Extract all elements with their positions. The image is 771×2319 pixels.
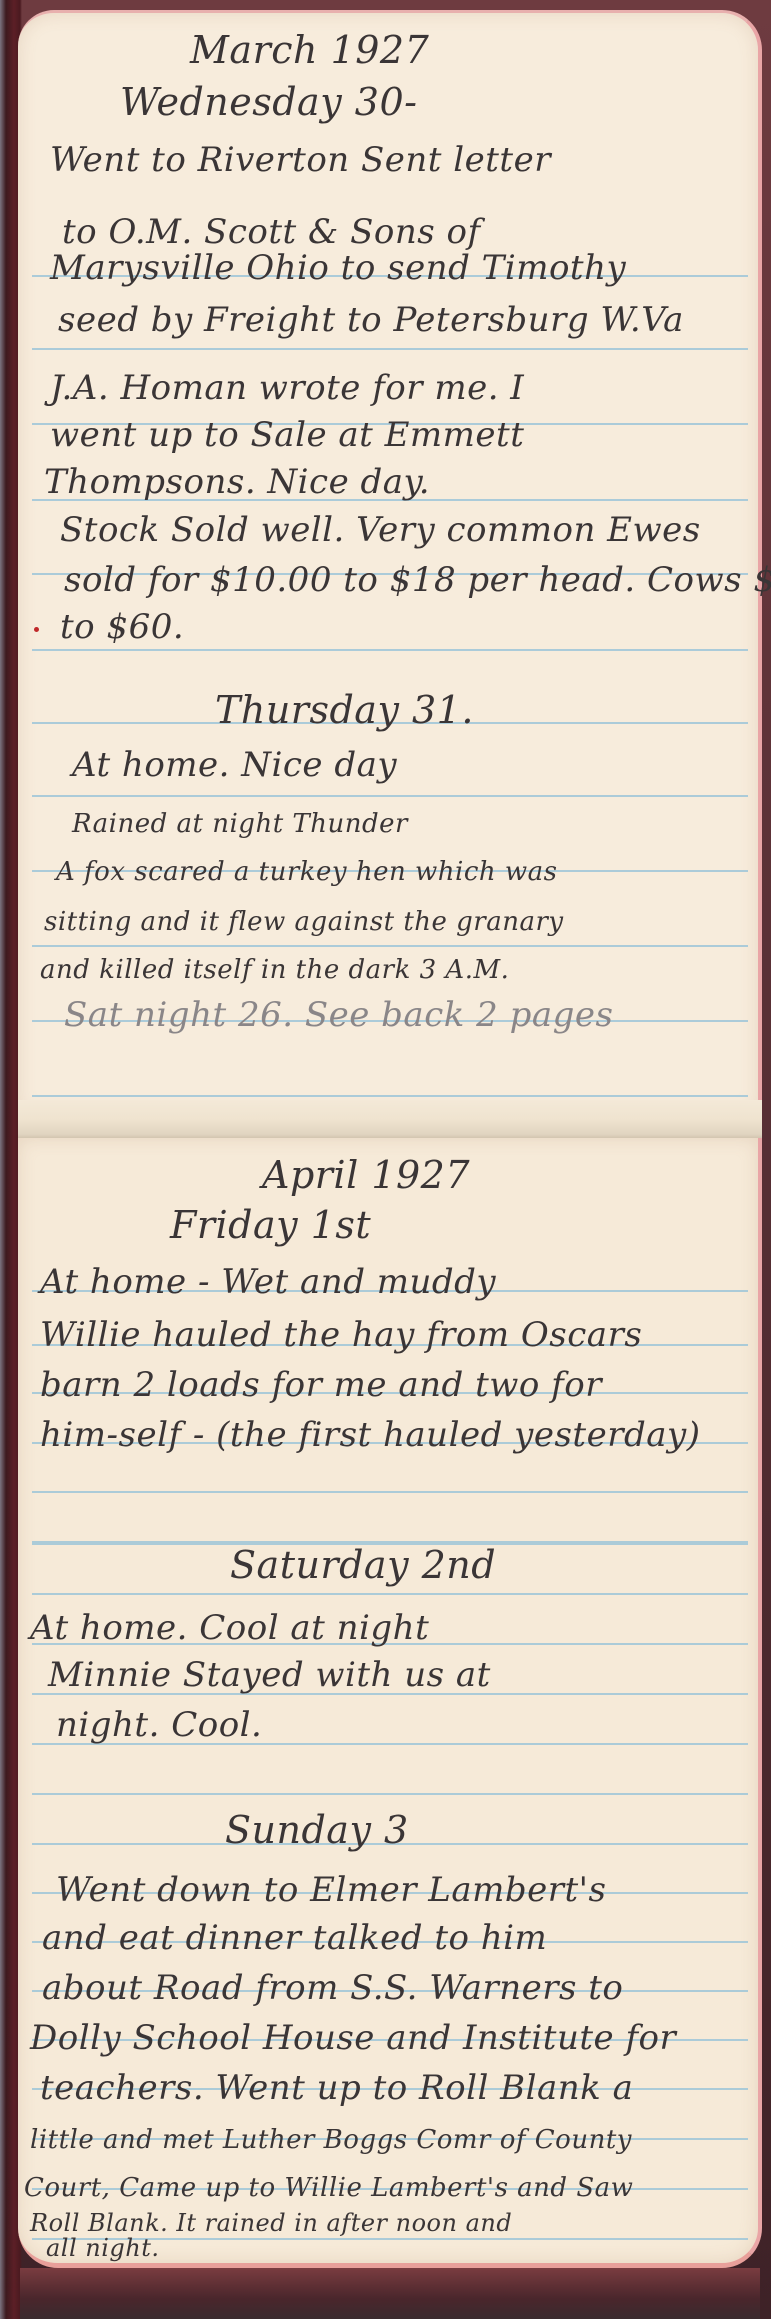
entry-line: A fox scared a turkey hen which was	[56, 852, 731, 892]
ruled-line	[32, 1095, 748, 1097]
entry-line: Court, Came up to Willie Lambert's and S…	[24, 2168, 731, 2208]
entry-line: all night.	[46, 2228, 731, 2268]
entry-line: Dolly School House and Institute for	[30, 2018, 731, 2058]
ruled-line	[32, 1593, 748, 1595]
ruled-line	[32, 945, 748, 947]
entry-line: seed by Freight to Petersburg W.Va	[58, 300, 731, 340]
entry-line: to $60.	[60, 607, 731, 647]
entry-line: Went down to Elmer Lambert's	[56, 1870, 731, 1910]
day-heading: Wednesday 30-	[120, 82, 731, 122]
entry-line: Marysville Ohio to send Timothy	[50, 248, 731, 288]
ink-mark	[34, 627, 39, 632]
entry-line: and eat dinner talked to him	[42, 1918, 731, 1958]
entry-line: Willie hauled the hay from Oscars	[40, 1315, 731, 1355]
entry-line: Minnie Stayed with us at	[48, 1655, 731, 1695]
day-heading: Sunday 3	[225, 1810, 731, 1850]
entry-line: At home. Cool at night	[30, 1608, 731, 1648]
ruled-line	[32, 649, 748, 651]
entry-line: Thompsons. Nice day.	[44, 462, 731, 502]
entry-line: teachers. Went up to Roll Blank a	[40, 2068, 731, 2108]
entry-line: Rained at night Thunder	[72, 804, 731, 844]
entry-line: sitting and it flew against the granary	[44, 902, 731, 942]
entry-line: J.A. Homan wrote for me. I	[50, 368, 731, 408]
day-heading: Saturday 2nd	[230, 1545, 731, 1585]
entry-line: At home - Wet and muddy	[40, 1262, 731, 1302]
day-heading: Friday 1st	[170, 1205, 731, 1245]
entry-line: At home. Nice day	[72, 745, 731, 785]
diary-cover-bottom-edge	[20, 2268, 760, 2319]
entry-line: him-self - (the first hauled yesterday)	[40, 1415, 731, 1455]
entry-line: Went to Riverton Sent letter	[50, 140, 731, 180]
ruled-line	[32, 348, 748, 350]
entry-line: Stock Sold well. Very common Ewes	[60, 510, 731, 550]
entry-line-pencil-note: Sat night 26. See back 2 pages	[64, 995, 731, 1035]
ruled-line	[32, 1491, 748, 1493]
month-header: April 1927	[262, 1155, 731, 1195]
ruled-line	[32, 795, 748, 797]
entry-line: barn 2 loads for me and two for	[40, 1365, 731, 1405]
entry-line: about Road from S.S. Warners to	[42, 1968, 731, 2008]
entry-line: and killed itself in the dark 3 A.M.	[40, 950, 731, 990]
entry-line: little and met Luther Boggs Comr of Coun…	[30, 2120, 731, 2160]
entry-line: to O.M. Scott & Sons of	[62, 212, 731, 252]
day-heading: Thursday 31.	[215, 690, 731, 730]
month-header: March 1927	[190, 30, 731, 70]
entry-line: went up to Sale at Emmett	[50, 415, 731, 455]
ruled-line	[32, 1793, 748, 1795]
entry-line: night. Cool.	[56, 1705, 731, 1745]
page-gutter-fold	[18, 1100, 762, 1142]
entry-line: sold for $10.00 to $18 per head. Cows $4…	[64, 560, 731, 600]
